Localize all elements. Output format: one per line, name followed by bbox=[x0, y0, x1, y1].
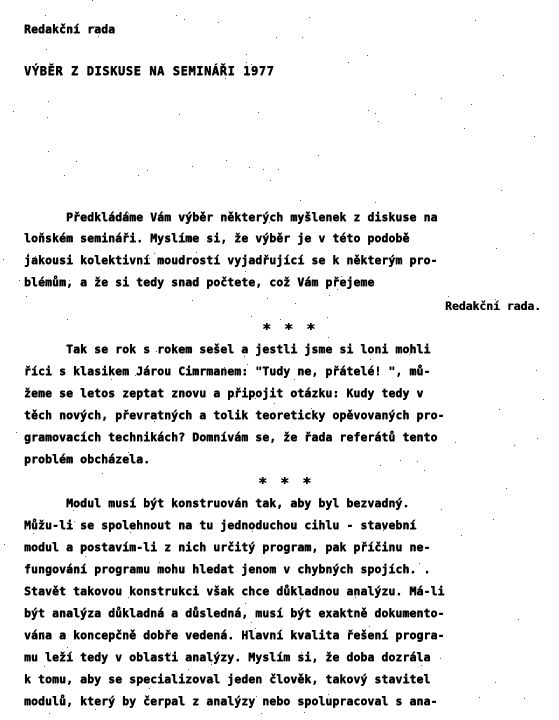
paragraph-line: fungování programu mohu hledat jenom v c… bbox=[24, 564, 430, 575]
header-organization: Redakční rada bbox=[24, 24, 115, 35]
paragraph-line: Můžu-li se spolehnout na tu jednoduchou … bbox=[24, 520, 416, 531]
paragraph-line: jakousi kolektivní moudrostí vyjadřující… bbox=[24, 255, 437, 266]
paragraph-line: žeme se letos zeptat znovu a připojit ot… bbox=[24, 388, 423, 399]
paragraph-line: vána a koncepčně dobře vedená. Hlavní kv… bbox=[24, 630, 444, 641]
section-divider: * * * bbox=[262, 320, 317, 338]
section-divider: * * * bbox=[258, 474, 313, 492]
paragraph-line: říci s klasikem Járou Cimrmanem: "Tudy n… bbox=[24, 366, 430, 377]
paragraph-line: gramovacích technikách? Domnívám se, že … bbox=[24, 432, 437, 443]
paragraph-line: být analýza důkladná a důsledná, musí bý… bbox=[24, 608, 444, 619]
paragraph-line: Předkládáme Vám výběr některých myšlenek… bbox=[24, 212, 437, 223]
paragraph-line: těch nových, převratných a tolik teoreti… bbox=[24, 410, 444, 421]
paragraph-line: problém obcházela. bbox=[24, 454, 150, 465]
document-title: VÝBĚR Z DISKUSE NA SEMINÁŘI 1977 bbox=[24, 65, 274, 77]
signature: Redakční rada. bbox=[445, 299, 541, 313]
paragraph-line: Tak se rok s rokem sešel a jestli jsme s… bbox=[24, 344, 430, 355]
document-page: Redakční rada VÝBĚR Z DISKUSE NA SEMINÁŘ… bbox=[0, 0, 559, 720]
paragraph-line: mu leží tedy v oblasti analýzy. Myslím s… bbox=[24, 652, 430, 663]
paragraph-line: loňském semináři. Myslíme si, že výběr j… bbox=[24, 233, 409, 244]
paragraph-line: modul a postavím-li z nich určitý progra… bbox=[24, 542, 430, 553]
paragraph-line: k tomu, aby se specializoval jeden člově… bbox=[24, 674, 430, 685]
paragraph-line: blémům, a že si tedy snad počtete, což V… bbox=[24, 277, 374, 288]
paragraph-line: modulů, který by čerpal z analýzy nebo s… bbox=[24, 696, 437, 707]
paragraph-line: Stavět takovou konstrukci však chce důkl… bbox=[24, 586, 444, 597]
paragraph-line: Modul musí být konstruován tak, aby byl … bbox=[24, 498, 409, 509]
